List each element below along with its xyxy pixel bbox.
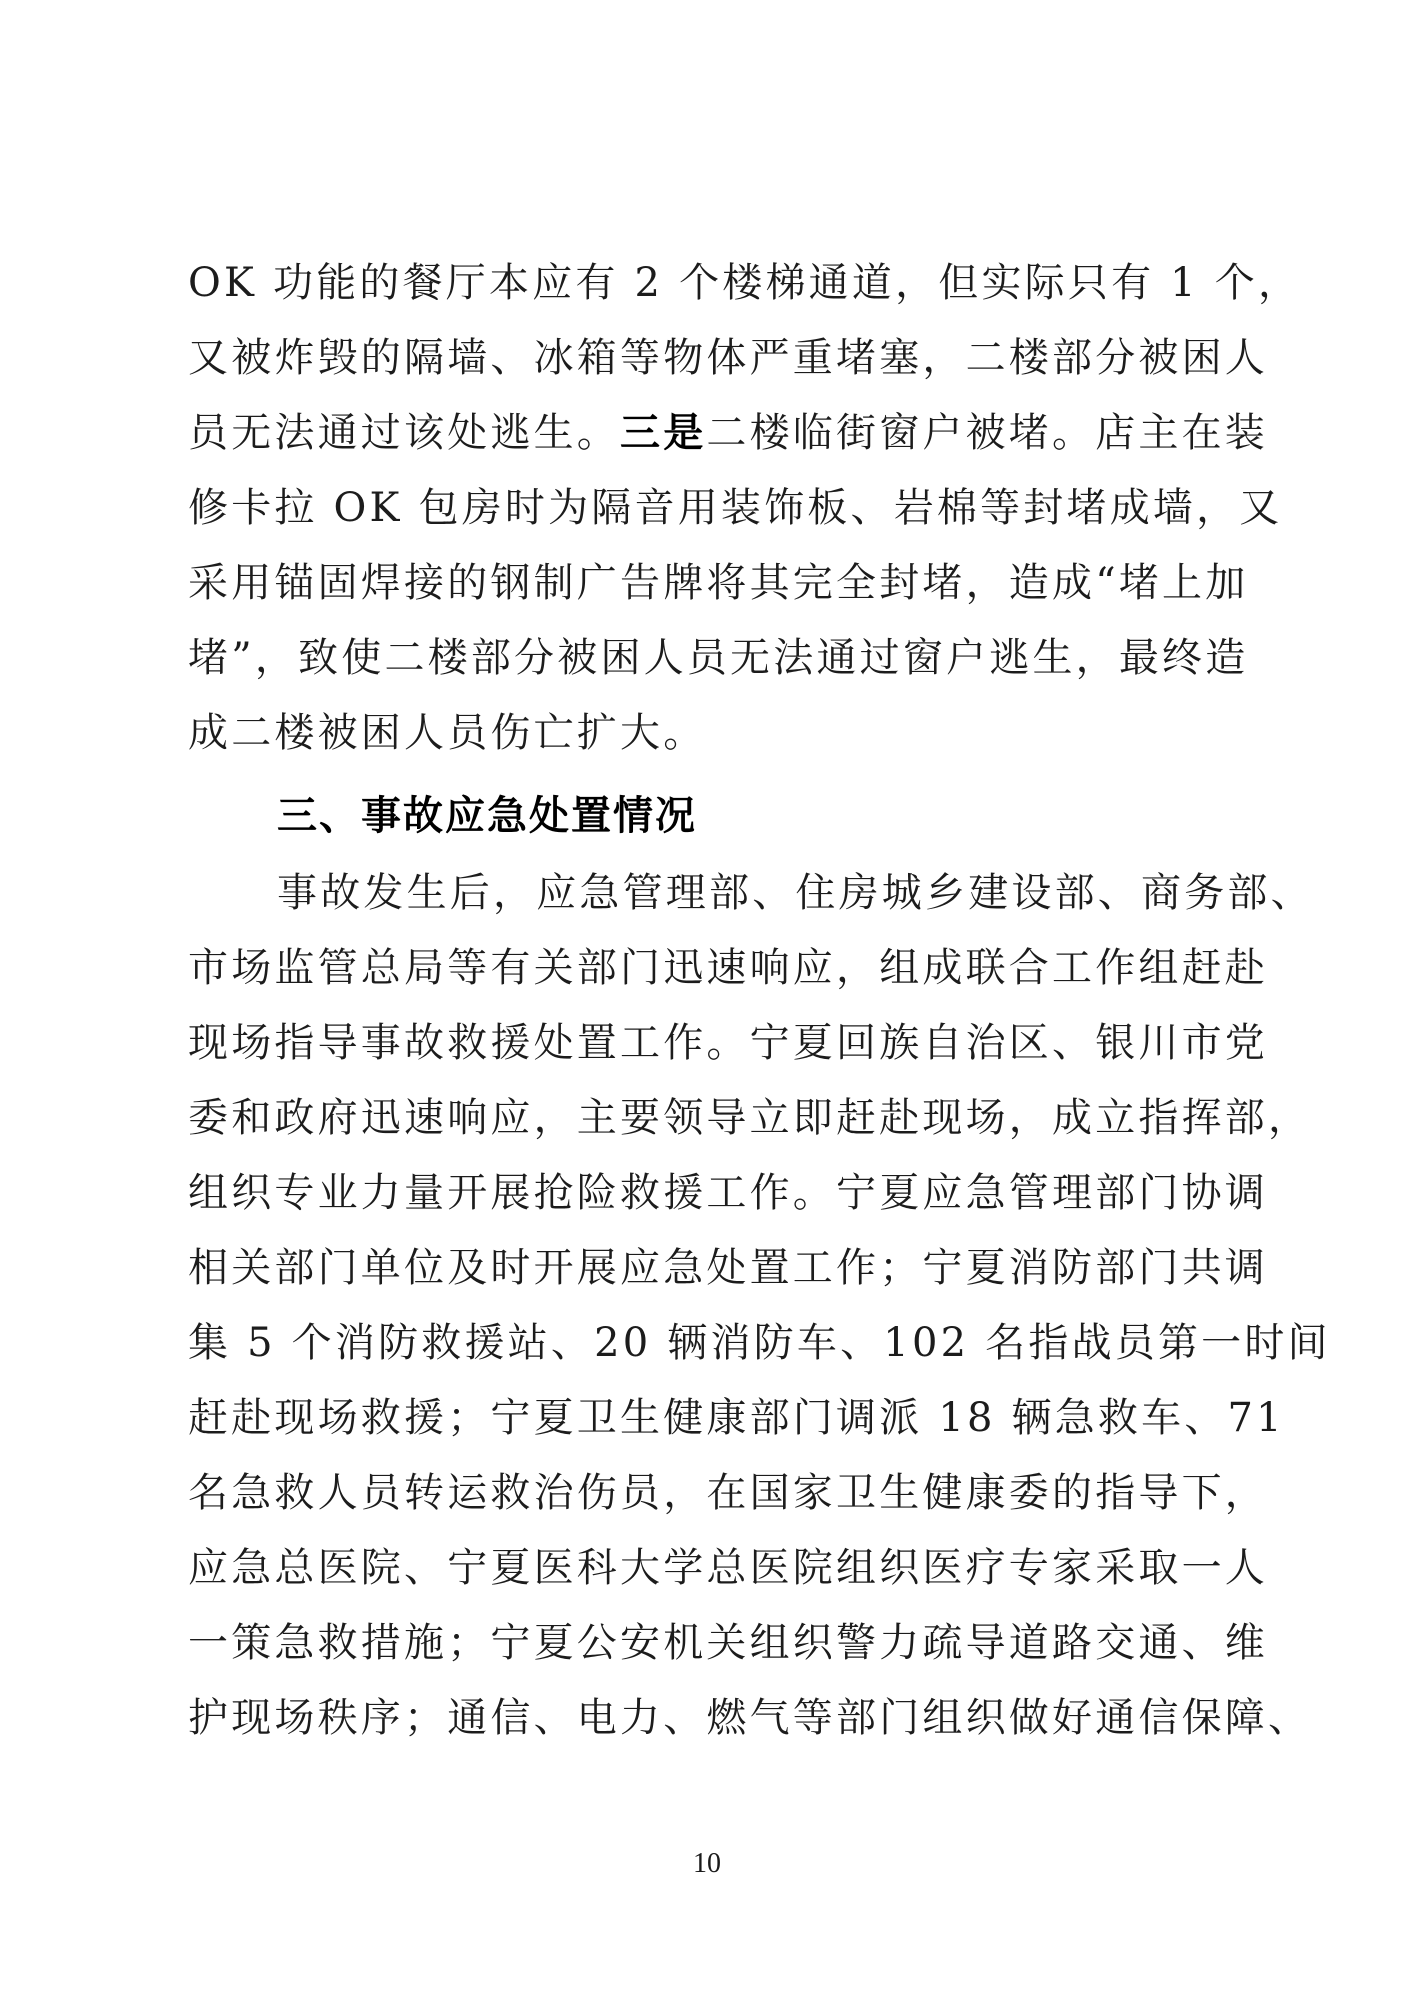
text-line: 又被炸毁的隔墙、冰箱等物体严重堵塞，二楼部分被困人 bbox=[188, 321, 1240, 396]
document-page: OK 功能的餐厅本应有 2 个楼梯通道，但实际只有 1 个， 又被炸毁的隔墙、冰… bbox=[0, 0, 1414, 2000]
text-line: 名急救人员转运救治伤员，在国家卫生健康委的指导下， bbox=[188, 1456, 1240, 1531]
text-line: 集 5 个消防救援站、20 辆消防车、102 名指战员第一时间 bbox=[188, 1306, 1240, 1381]
text-line: 赶赴现场救援；宁夏卫生健康部门调派 18 辆急救车、71 bbox=[188, 1381, 1240, 1456]
emphasis-third-point: 三是 bbox=[620, 410, 706, 456]
text-line: 成二楼被困人员伤亡扩大。 bbox=[188, 696, 1240, 771]
text-segment: 员无法通过该处逃生。 bbox=[188, 410, 620, 456]
text-line: 现场指导事故救援处置工作。宁夏回族自治区、银川市党 bbox=[188, 1006, 1240, 1081]
text-line: 采用锚固焊接的钢制广告牌将其完全封堵，造成“堵上加 bbox=[188, 546, 1240, 621]
text-line: 修卡拉 OK 包房时为隔音用装饰板、岩棉等封堵成墙，又 bbox=[188, 471, 1240, 546]
text-line: 相关部门单位及时开展应急处置工作；宁夏消防部门共调 bbox=[188, 1231, 1240, 1306]
text-line: OK 功能的餐厅本应有 2 个楼梯通道，但实际只有 1 个， bbox=[188, 246, 1240, 321]
text-line: 组织专业力量开展抢险救援工作。宁夏应急管理部门协调 bbox=[188, 1156, 1240, 1231]
page-number: 10 bbox=[0, 1848, 1414, 1880]
text-line: 护现场秩序；通信、电力、燃气等部门组织做好通信保障、 bbox=[188, 1681, 1240, 1756]
text-line: 一策急救措施；宁夏公安机关组织警力疏导道路交通、维 bbox=[188, 1606, 1240, 1681]
text-line-with-emphasis: 员无法通过该处逃生。三是二楼临街窗户被堵。店主在装 bbox=[188, 396, 1240, 471]
text-line: 堵”，致使二楼部分被困人员无法通过窗户逃生，最终造 bbox=[188, 621, 1240, 696]
body-text: OK 功能的餐厅本应有 2 个楼梯通道，但实际只有 1 个， 又被炸毁的隔墙、冰… bbox=[188, 246, 1240, 1756]
text-line: 事故发生后，应急管理部、住房城乡建设部、商务部、 bbox=[188, 856, 1240, 931]
text-segment: 二楼临街窗户被堵。店主在装 bbox=[706, 410, 1268, 456]
text-line: 应急总医院、宁夏医科大学总医院组织医疗专家采取一人 bbox=[188, 1531, 1240, 1606]
text-line: 委和政府迅速响应，主要领导立即赶赴现场，成立指挥部， bbox=[188, 1081, 1240, 1156]
text-line: 市场监管总局等有关部门迅速响应，组成联合工作组赶赴 bbox=[188, 931, 1240, 1006]
section-heading: 三、事故应急处置情况 bbox=[188, 771, 1240, 856]
